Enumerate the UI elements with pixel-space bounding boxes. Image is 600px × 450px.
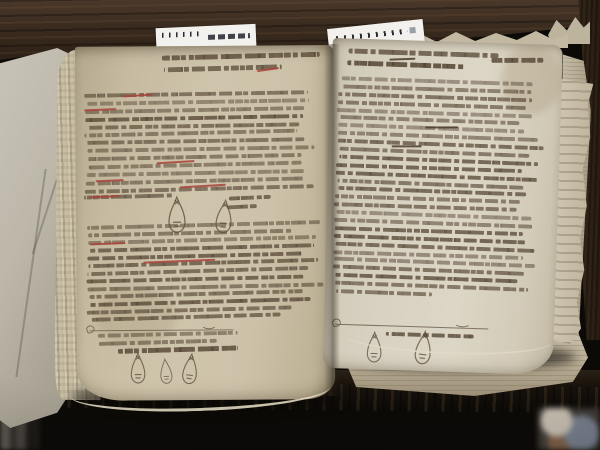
left-page [75, 45, 335, 401]
book-gutter-shadow [324, 44, 340, 396]
notarial-flourish-icon [210, 195, 238, 241]
photograph [0, 0, 600, 450]
blurred-floor-patch [538, 408, 600, 450]
red-underline-overlay [75, 45, 335, 401]
flourish-line [79, 322, 239, 339]
notarial-flourish-icon [164, 192, 190, 240]
printed-figures-dark [208, 33, 250, 40]
parchment-crease [15, 169, 46, 377]
printed-gray-square [409, 27, 416, 34]
printed-figures [162, 31, 200, 38]
